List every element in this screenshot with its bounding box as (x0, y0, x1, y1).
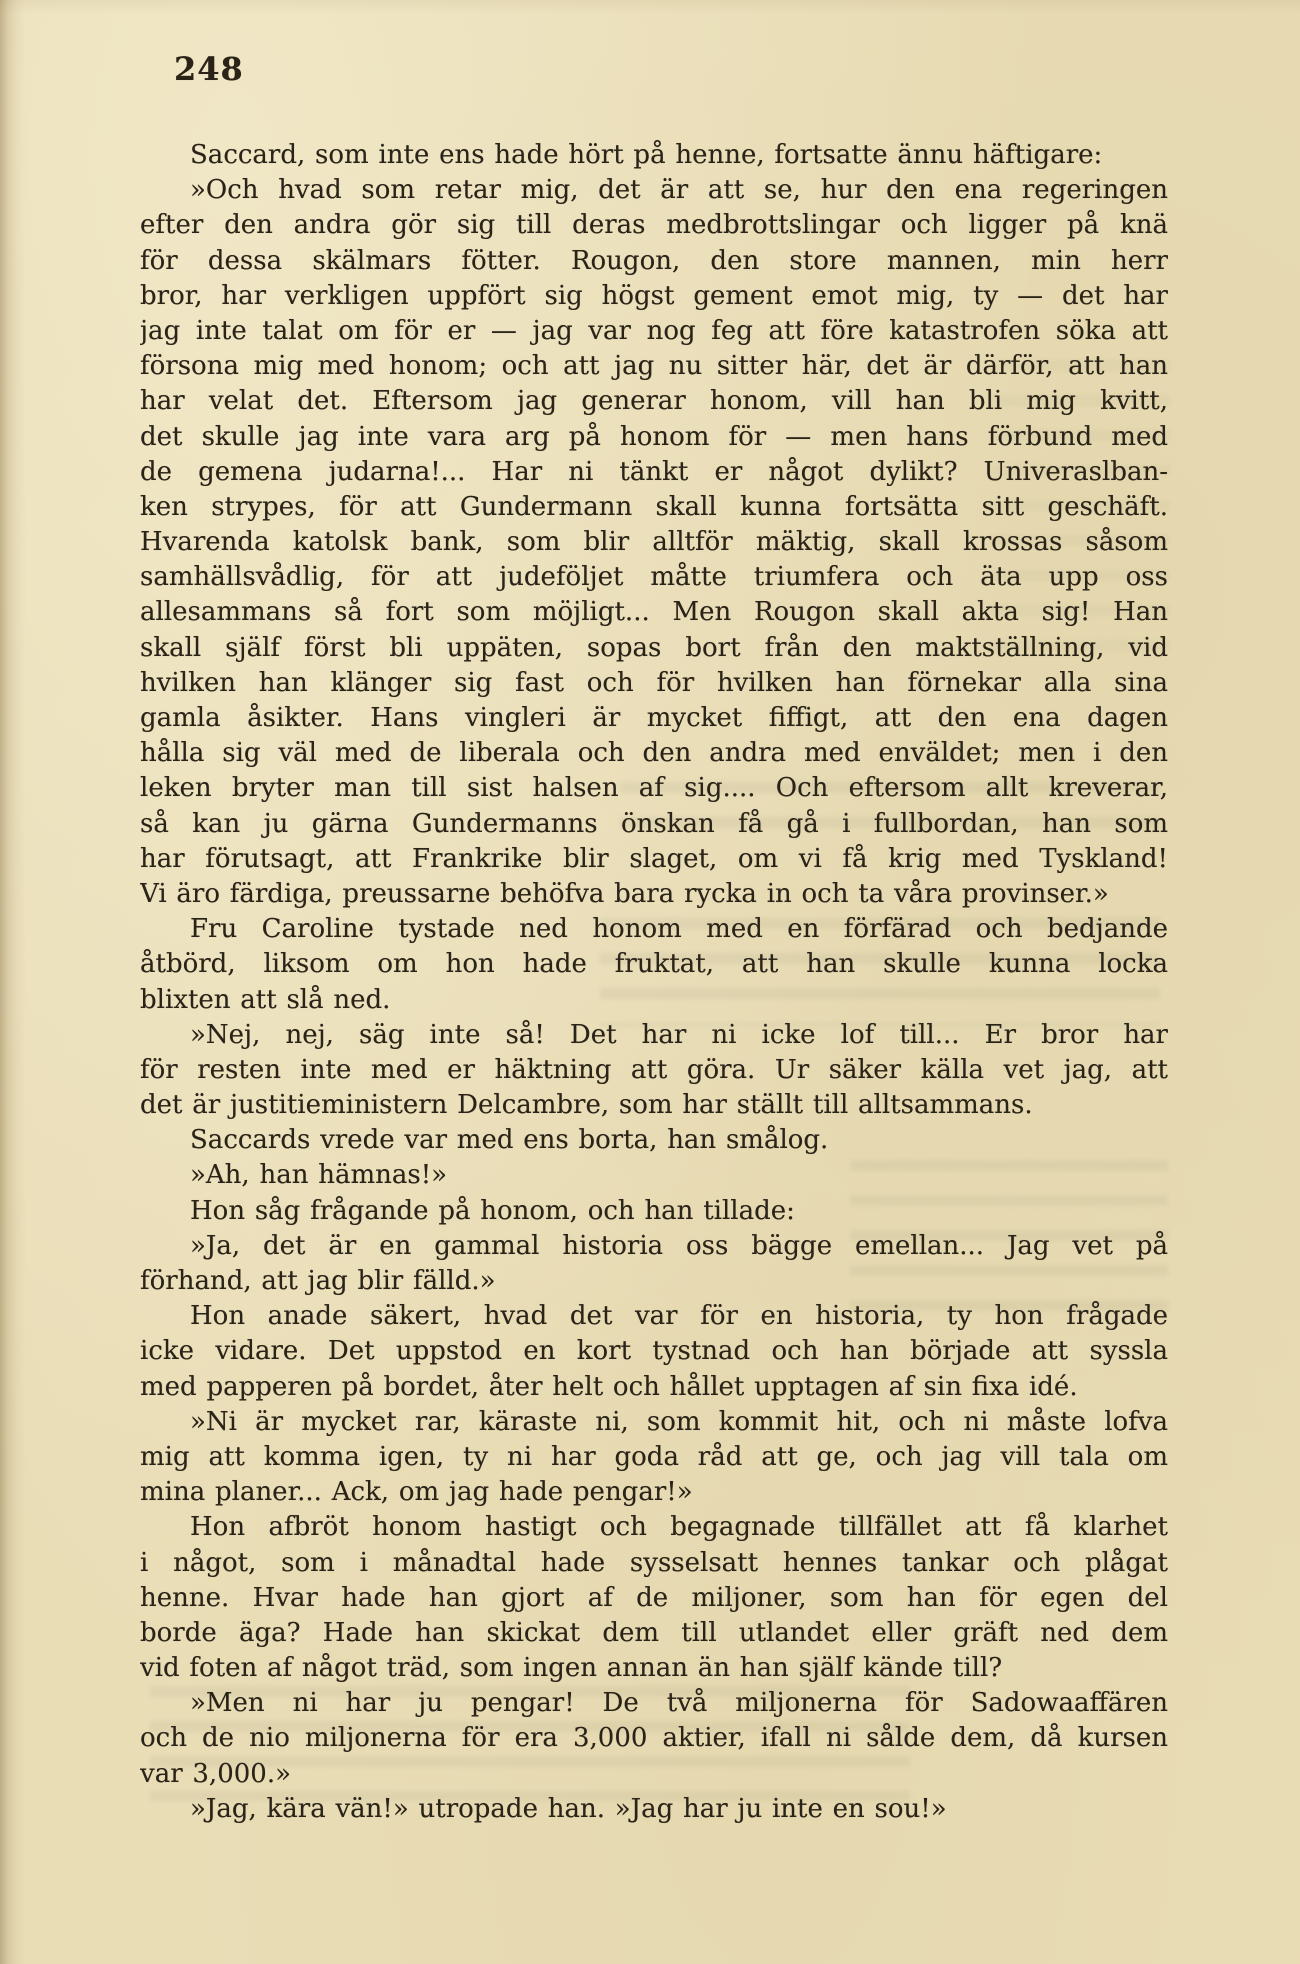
text-line: försona mig med honom; och att jag nu si… (140, 349, 1168, 384)
text-line: allesammans så fort som möjligt... Men R… (140, 595, 1168, 630)
book-page-scan: { "colors": { "paper": "#e9ddb6", "ink":… (0, 0, 1300, 1964)
text-line: mig att komma igen, ty ni har goda råd a… (140, 1440, 1168, 1475)
text-line: hvilken han klänger sig fast och för hvi… (140, 666, 1168, 701)
text-line: »Och hvad som retar mig, det är att se, … (140, 173, 1168, 208)
text-line: vid foten af något träd, som ingen annan… (140, 1651, 1168, 1686)
text-line: var 3,000.» (140, 1757, 1168, 1792)
text-block: Saccard, som inte ens hade hört på henne… (140, 138, 1168, 1827)
text-line: mina planer... Ack, om jag hade pengar!» (140, 1475, 1168, 1510)
text-line: bror, har verkligen uppfört sig högst ge… (140, 279, 1168, 314)
text-line: blixten att slå ned. (140, 983, 1168, 1018)
text-line: »Men ni har ju pengar! De två miljonerna… (140, 1686, 1168, 1721)
page-number: 248 (174, 50, 244, 88)
text-line: leken bryter man till sist halsen af sig… (140, 771, 1168, 806)
text-line: har förutsagt, att Frankrike blir slaget… (140, 842, 1168, 877)
text-line: henne. Hvar hade han gjort af de miljone… (140, 1581, 1168, 1616)
page: 248 Saccard, som inte ens hade hört på h… (0, 0, 1300, 1964)
text-line: så kan ju gärna Gundermanns önskan få gå… (140, 807, 1168, 842)
text-line: ken strypes, för att Gundermann skall ku… (140, 490, 1168, 525)
text-line: i något, som i månadtal hade sysselsatt … (140, 1546, 1168, 1581)
text-line: Saccards vrede var med ens borta, han sm… (140, 1123, 1168, 1158)
text-line: Saccard, som inte ens hade hört på henne… (140, 138, 1168, 173)
text-line: med papperen på bordet, åter helt och hå… (140, 1370, 1168, 1405)
text-line: förhand, att jag blir fälld.» (140, 1264, 1168, 1299)
text-line: för resten inte med er häktning att göra… (140, 1053, 1168, 1088)
text-line: »Ah, han hämnas!» (140, 1158, 1168, 1193)
text-line: och de nio miljonerna för era 3,000 akti… (140, 1721, 1168, 1756)
text-line: »Nej, nej, säg inte så! Det har ni icke … (140, 1018, 1168, 1053)
text-line: Hvarenda katolsk bank, som blir alltför … (140, 525, 1168, 560)
text-line: Hon anade säkert, hvad det var för en hi… (140, 1299, 1168, 1334)
text-line: de gemena judarna!... Har ni tänkt er nå… (140, 455, 1168, 490)
page-edge-shadow (0, 0, 26, 1964)
text-line: »Ni är mycket rar, käraste ni, som kommi… (140, 1405, 1168, 1440)
text-line: »Jag, kära vän!» utropade han. »Jag har … (140, 1792, 1168, 1827)
text-line: skall själf först bli uppäten, sopas bor… (140, 631, 1168, 666)
text-line: borde äga? Hade han skickat dem till utl… (140, 1616, 1168, 1651)
text-line: Hon afbröt honom hastigt och begagnade t… (140, 1510, 1168, 1545)
page-top-shadow (0, 0, 1300, 14)
text-line: åtbörd, liksom om hon hade fruktat, att … (140, 947, 1168, 982)
text-line: efter den andra gör sig till deras medbr… (140, 208, 1168, 243)
text-line: hålla sig väl med de liberala och den an… (140, 736, 1168, 771)
text-line: för dessa skälmars fötter. Rougon, den s… (140, 244, 1168, 279)
text-line: det är justitieministern Delcambre, som … (140, 1088, 1168, 1123)
text-line: gamla åsikter. Hans vingleri är mycket f… (140, 701, 1168, 736)
text-line: jag inte talat om för er — jag var nog f… (140, 314, 1168, 349)
text-line: Hon såg frågande på honom, och han tilla… (140, 1194, 1168, 1229)
text-line: icke vidare. Det uppstod en kort tystnad… (140, 1334, 1168, 1369)
text-line: det skulle jag inte vara arg på honom fö… (140, 420, 1168, 455)
text-line: Vi äro färdiga, preussarne behöfva bara … (140, 877, 1168, 912)
text-line: har velat det. Eftersom jag generar hono… (140, 384, 1168, 419)
text-line: »Ja, det är en gammal historia oss bägge… (140, 1229, 1168, 1264)
text-line: Fru Caroline tystade ned honom med en fö… (140, 912, 1168, 947)
text-line: samhällsvådlig, för att judeföljet måtte… (140, 560, 1168, 595)
